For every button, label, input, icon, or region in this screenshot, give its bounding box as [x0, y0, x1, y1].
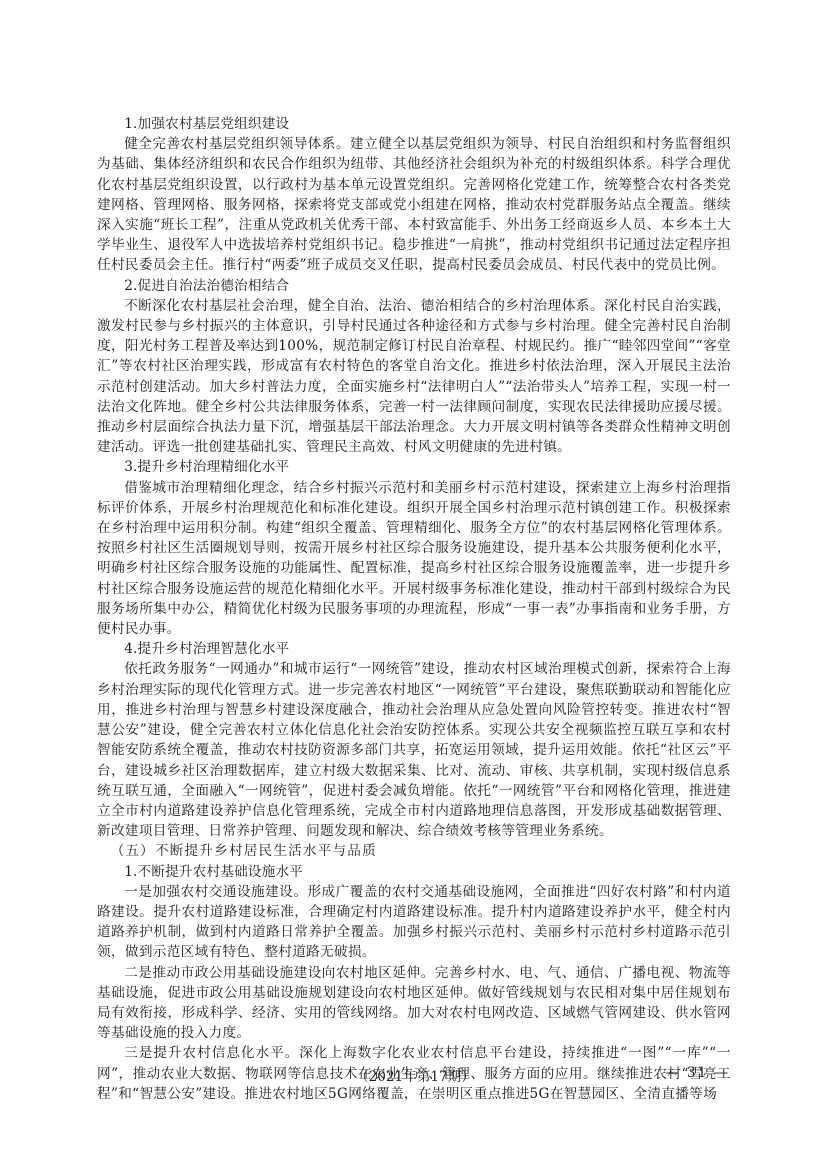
subheading-2: 2.促进自治法治德治相结合 — [97, 276, 731, 296]
subheading-1: 1.加强农村基层党组织建设 — [97, 114, 731, 134]
paragraph-refined-governance: 借鉴城市治理精细化理念，结合乡村振兴示范村和美丽乡村示范村建设，探索建立上海乡村… — [97, 478, 731, 640]
section-heading-5: （五）不断提升乡村居民生活水平与品质 — [97, 841, 731, 861]
paragraph-party-organization: 健全完善农村基层党组织领导体系。建立健全以基层党组织为领导、村民自治组织和村务监… — [97, 134, 731, 275]
subheading-3: 3.提升乡村治理精细化水平 — [97, 457, 731, 477]
paragraph-utilities: 二是推动市政公用基础设施建设向农村地区延伸。完善乡村水、电、气、通信、广播电视、… — [97, 963, 731, 1044]
document-body: 1.加强农村基层党组织建设 健全完善农村基层党组织领导体系。建立健全以基层党组织… — [97, 114, 731, 1104]
paragraph-self-governance: 不断深化农村基层社会治理，健全自治、法治、德治相结合的乡村治理体系。深化村民自治… — [97, 296, 731, 458]
issue-label: （2021年第17期） — [355, 1065, 475, 1085]
page-number: — 31 — — [665, 1065, 730, 1081]
subheading-infrastructure: 1.不断提升农村基础设施水平 — [97, 862, 731, 882]
subheading-4: 4.提升乡村治理智慧化水平 — [97, 639, 731, 659]
paragraph-smart-governance: 依托政务服务“一网通办”和城市运行“一网统管”建设，推动农村区域治理模式创新，探… — [97, 659, 731, 841]
paragraph-transport: 一是加强农村交通设施建设。形成广覆盖的农村交通基础设施网，全面推进“四好农村路”… — [97, 882, 731, 963]
